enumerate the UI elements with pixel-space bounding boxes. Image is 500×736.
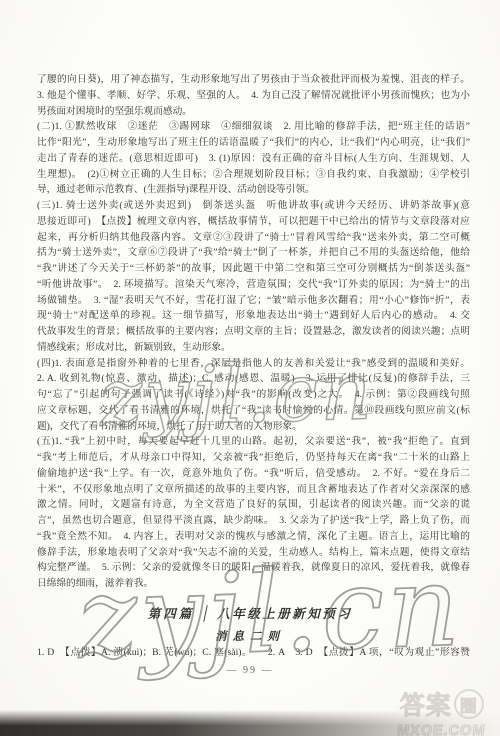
brand-logo: 答案 圈 [397, 686, 486, 722]
answer-text-line: 言”，虽然也切合题意，但显得平淡直露，缺少韵味。 3. 父亲为了护送“我”上学，… [37, 513, 470, 529]
answer-text-line: 句“忘了”引起的句子强调了读书(《诗经》)对“我”的影响(改变)之大。 4. 示… [37, 387, 470, 403]
lesson-title: 消息二则 [0, 628, 500, 644]
answer-text-line: 构完整严谨。 5. 示例：父亲的爱就像冬日的暖阳，温暖着我，就像夏日的凉风，爱抚… [37, 560, 470, 576]
answer-text-line: 场做铺垫。 3. “湿”表明天气不好，雪花打湿了它；“皱”暗示他多次翻看；用“小… [37, 293, 470, 309]
answer-text-line: 男孩面对困境时的坚强乐观而感动。 [37, 104, 470, 120]
lesson-answers-line: 1. D 【点拨】A. 溃(kuì)；B. 芜(wú)；C. 塞(sài)。 2… [37, 645, 470, 661]
photo-edge-shadow [0, 710, 500, 736]
answer-text-line: “我”竟全然不知。 4. 内容上，表明对父亲的愧疚与感激之情，深化了主题。语言上… [37, 529, 470, 545]
answer-text-line: 现“骑士”对配送单的珍视。这一细节描写，形象地表达出“骑士”遇到好人后内心的感动… [37, 308, 470, 324]
header-divider [203, 605, 208, 622]
answer-text-line: 了腰的向日葵)，用了神态描写，生动形象地写出了男孩由于当众被批评而极为羞愧、沮丧… [37, 72, 470, 88]
answer-text-line: 起来，再分析归纳其他段落内容。文章②③段讲了“骑士”冒着风雪给“我”送来外卖，第… [37, 230, 470, 246]
brand-name: 答案 [400, 686, 452, 722]
brand-badge-icon: 圈 [454, 689, 484, 719]
scanned-answer-page: 了腰的向日葵)，用了神态描写，生动形象地写出了男孩由于当众被批评而极为羞愧、沮丧… [0, 0, 500, 736]
answer-text-line: 题)，交代了看书清雅的环境，烘托了乐于助人者的人物形象。 [37, 419, 470, 435]
answer-text-line: (五)1. “我”上初中时，每天要起早赶十几里的山路。起初，父亲要送“我”，被“… [37, 434, 470, 450]
answer-text-line: (二)1. ①默然收球 ②迷茫 ③踢网球 ④细细叙谈 2. 用比喻的修辞手法，把… [37, 119, 470, 135]
answer-text-line: 括为“骑士送外卖”，文章⑥⑦段讲了“我”给“骑士”倒了一杯茶，并把自己不用的头盔… [37, 245, 470, 261]
answer-text-line: “听他讲故事”。 2. 环境描写。渲染天气寒冷，营造氛围；交代“我”订外卖的原因… [37, 277, 470, 293]
section-header: 第四篇 八年级上册新知预习 [0, 602, 500, 624]
answer-text-line: 比作“阳光”，生动形象地写出了班主任的话语温暖了“我们”的内心，让“我们”内心明… [37, 135, 470, 151]
answer-text-line: (四)1. 表面意是指窗外种着的七里香，深层是指他人的友善和关爱让“我”感受到的… [37, 356, 470, 372]
brand-site-url: MXQE.COM [397, 723, 487, 736]
answer-text-line: 代故事发生的背景；概括故事的主要内容；点明文章的主旨；设置悬念，激发读者的阅读兴… [37, 324, 470, 340]
answer-text-line: 2. A. 收到礼物(惊喜、激动、描述)；C. 感动(感恩、温暖) 3. 运用了… [37, 371, 470, 387]
answer-text-line: 修辞手法，形象地表明了父亲对“我”矢志不渝的关爱，生动感人。结构上，篇末点题，使… [37, 545, 470, 561]
answer-text-line: 走出了青春的迷茫。(意思相近即可) 3. (1)原因：没有正确的奋斗目标(人生方… [37, 151, 470, 167]
answer-text-line: “我”考上师范后，才从母亲口中得知，父亲被“我”拒绝后，仍坚持每天在离“我”二十… [37, 450, 470, 466]
page-number: — 99 — [0, 665, 500, 676]
answer-text-line: 生理想)。 (2)①树立正确的人生目标；②合理规划阶段目标；③自我约束、自我激励… [37, 167, 470, 183]
answer-text-line: 3. 他是个懂事、孝顺、好学、乐观、坚强的人。 4. 为自己没了解情况就批评小男… [37, 88, 470, 104]
answer-text-line: 十米”，不仅形象地点明了文章所描述的故事的主要内容，而且含蓄地表达了作者对父亲深… [37, 482, 470, 498]
answer-body: 了腰的向日葵)，用了神态描写，生动形象地写出了男孩由于当众被批评而极为羞愧、沮丧… [37, 72, 470, 592]
section-part-title: 八年级上册新知预习 [217, 604, 352, 622]
section-part-label: 第四篇 [148, 604, 195, 622]
answer-text-line: (三)1. 骑士送外卖(或送外卖迟到) 倒茶送头盔 听他讲故事(或讲今天经历、讲… [37, 198, 470, 214]
answer-text-line: 激之情。同时，文题富有诗意，为全文营造了良好的氛围，引起读者的阅读兴趣。而“父亲… [37, 497, 470, 513]
answer-text-line: 思接近即可) 【点拨】梳理文章内容，概括故事情节，可以把题干中已给出的情节与文章… [37, 214, 470, 230]
answer-text-line: “我”讲述了今天关于“三杯奶茶”的故事，因此题干中第二空和第三空可分别概括为“倒… [37, 261, 470, 277]
answer-text-line: 偷偷地护送“我”上学。有一次，竟意外地负了伤。“我”听后，倍受感动。 2. 不好… [37, 466, 470, 482]
answer-text-line: 应文章标题，交代了看书清雅的环境，烘托了“我”读书时愉悦的心情。第⑩段画线句照应… [37, 403, 470, 419]
answer-text-line: 日绵绵的细雨，滋养着我。 [37, 576, 470, 592]
answer-text-line: 情感线索；形成对比，新颖别致，生动形象。 [37, 340, 470, 356]
brand-watermark: 答案 圈 MXQE.COM [397, 686, 486, 736]
answer-text-line: 导，通过老师示范教育、(生涯指导)课程开设、活动创设等引领。 [37, 182, 470, 198]
